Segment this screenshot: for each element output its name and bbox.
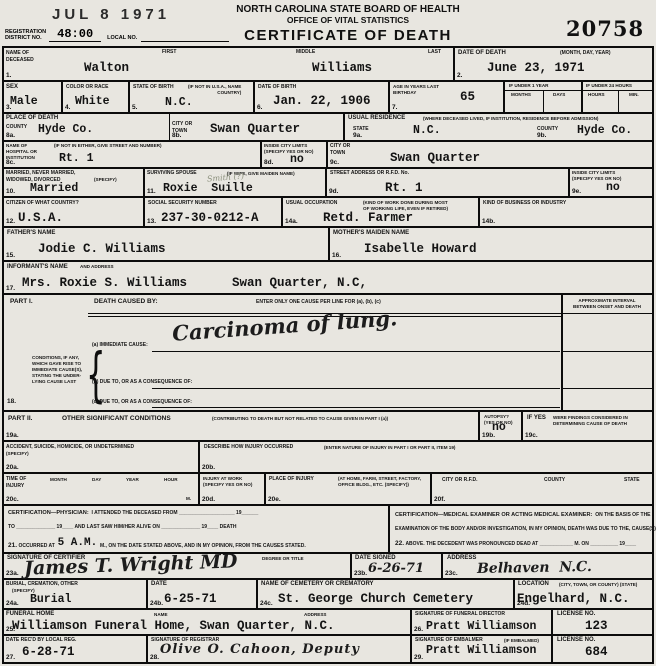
if-yes-label: IF YES bbox=[527, 415, 546, 423]
embalmer-signature-label: SIGNATURE OF EMBALMER bbox=[415, 637, 483, 644]
residence-county-value: Hyde Co. bbox=[577, 124, 632, 137]
item-number-20f: 20f. bbox=[434, 496, 445, 503]
item-number-4: 4. bbox=[65, 104, 70, 111]
age-value: 65 bbox=[460, 90, 475, 104]
place-of-injury-sublabel: (AT HOME, FARM, STREET, FACTORY, OFFICE … bbox=[338, 476, 421, 488]
item-number-29: 29. bbox=[414, 654, 423, 661]
spouse-value: Roxie Suille bbox=[163, 182, 253, 195]
cemetery-label: NAME OF CEMETERY OR CREMATORY bbox=[261, 581, 374, 589]
state-of-birth-value: N.C. bbox=[165, 96, 193, 109]
funeral-director-label: SIGNATURE OF FUNERAL DIRECTOR bbox=[415, 611, 505, 618]
director-license-cell: LICENSE NO. 123 bbox=[553, 610, 652, 634]
burial-value: Burial bbox=[30, 593, 71, 606]
industry-label: KIND OF BUSINESS OR INDUSTRY bbox=[483, 200, 566, 207]
item-number-17: 17. bbox=[6, 285, 15, 292]
row-accident: ACCIDENT, SUICIDE, HOMICIDE, OR UNDETERM… bbox=[4, 442, 652, 474]
residence-city-label: CITY OR TOWN bbox=[330, 143, 350, 156]
item-number-14a: 14a. bbox=[285, 218, 298, 225]
min-label: MIN. bbox=[629, 92, 639, 98]
item-number-12: 12. bbox=[6, 218, 15, 225]
item-number-20c: 20c. bbox=[6, 496, 19, 503]
part2-main-cell: PART II. OTHER SIGNIFICANT CONDITIONS (C… bbox=[4, 412, 480, 440]
informant-cell: INFORMANT'S NAME AND ADDRESS Mrs. Roxie … bbox=[4, 262, 652, 293]
date-of-death-value: June 23, 1971 bbox=[487, 61, 585, 75]
death-city-value: Swan Quarter bbox=[210, 122, 300, 136]
date-signed-cell: DATE SIGNED 6-26-71 23b. bbox=[352, 554, 443, 578]
item-number-9e: 9e. bbox=[572, 188, 581, 195]
row-marital: MARRIED, NEVER MARRIED, WIDOWED, DIVORCE… bbox=[4, 169, 652, 198]
item-number-8a: 8a. bbox=[6, 132, 15, 139]
accident-sublabel: (SPECIFY) bbox=[6, 451, 29, 457]
findings-cell: IF YES WERE FINDINGS CONSIDERED IN DETER… bbox=[523, 412, 652, 440]
deceased-name-cell: NAME OF DECEASED FIRST MIDDLE LAST Walto… bbox=[4, 48, 455, 80]
state-of-birth-cell: STATE OF BIRTH (IF NOT IN U.S.A., NAME C… bbox=[130, 82, 255, 112]
hour-label: HOUR bbox=[164, 477, 178, 483]
interval-line-b bbox=[563, 388, 652, 389]
funeral-home-name-sublabel: NAME bbox=[154, 612, 168, 618]
due-to-c-label: (c) DUE TO, OR AS A CONSEQUENCE OF: bbox=[92, 399, 192, 406]
embalmer-license-label: LICENSE NO. bbox=[557, 637, 595, 645]
occupation-value: Retd. Farmer bbox=[323, 211, 413, 225]
residence-state-value: N.C. bbox=[413, 124, 441, 137]
residence-city-value: Swan Quarter bbox=[390, 151, 480, 165]
physician-line1: I ATTENDED THE DECEASED FROM ___________… bbox=[91, 510, 258, 516]
item-number-28: 28. bbox=[150, 654, 159, 661]
certifier-address-cell: ADDRESS Belhaven N.C. 23c. bbox=[443, 554, 652, 578]
city-limits-value: no bbox=[290, 153, 304, 166]
date-of-death-sublabel: (MONTH, DAY, YEAR) bbox=[560, 50, 611, 57]
under-one-year-group: IF UNDER 1 YEAR MONTHS DAYS bbox=[505, 82, 583, 112]
row-certification: CERTIFICATION—PHYSICIAN: I ATTENDED THE … bbox=[4, 506, 652, 554]
marital-value: Married bbox=[30, 182, 78, 195]
marital-status-cell: MARRIED, NEVER MARRIED, WIDOWED, DIVORCE… bbox=[4, 169, 145, 196]
middle-column-label: MIDDLE bbox=[296, 49, 315, 56]
interval-header-line bbox=[563, 313, 652, 314]
received-date-stamp: JUL 8 1971 bbox=[52, 6, 170, 23]
date-of-birth-cell: DATE OF BIRTH Jan. 22, 1906 6. bbox=[255, 82, 390, 112]
item-number-27: 27. bbox=[6, 654, 15, 661]
certificate-number: 20758 bbox=[566, 16, 644, 41]
race-label: COLOR OR RACE bbox=[66, 84, 109, 91]
office-name: OFFICE OF VITAL STATISTICS bbox=[198, 15, 498, 25]
deceased-last-name-value: Williams bbox=[312, 61, 372, 75]
row-place-of-death: PLACE OF DEATH COUNTY Hyde Co. 8a. CITY … bbox=[4, 114, 652, 142]
cause-c-line bbox=[152, 407, 560, 408]
date-received-cell: DATE REC'D BY LOCAL REG. 6-28-71 27. bbox=[4, 636, 148, 662]
item-number-23b: 23b. bbox=[354, 570, 367, 577]
row-hospital: NAME OF HOSPITAL OR INSTITUTION (IF NOT … bbox=[4, 142, 652, 169]
last-column-label: LAST bbox=[428, 49, 441, 56]
item-number-5: 5. bbox=[132, 104, 137, 111]
date-of-death-cell: DATE OF DEATH (MONTH, DAY, YEAR) June 23… bbox=[455, 48, 652, 80]
row-certifier-signature: SIGNATURE OF CERTIFIER DEGREE OR TITLE J… bbox=[4, 554, 652, 580]
examiner-line2: EXAMINATION OF THE BODY AND/OR INVESTIGA… bbox=[395, 526, 656, 532]
death-county-value: Hyde Co. bbox=[38, 123, 93, 136]
sex-value: Male bbox=[10, 95, 38, 108]
part1-label: PART I. bbox=[10, 298, 33, 306]
cemetery-location-sublabel: (CITY, TOWN, OR COUNTY) (STATE) bbox=[559, 582, 637, 588]
burial-date-label: DATE bbox=[151, 581, 167, 589]
industry-cell: KIND OF BUSINESS OR INDUSTRY 14b. bbox=[480, 198, 652, 226]
funeral-director-value: Pratt Williamson bbox=[426, 620, 536, 633]
hospital-cell: NAME OF HOSPITAL OR INSTITUTION (IF NOT … bbox=[4, 142, 262, 167]
physician-line3-post: M., ON THE DATE STATED ABOVE, AND IN MY … bbox=[100, 543, 306, 549]
item-number-2: 2. bbox=[457, 72, 462, 79]
death-caused-by-label: DEATH CAUSED BY: bbox=[94, 298, 158, 306]
cause-b-line bbox=[152, 388, 560, 389]
street-address-value: Rt. 1 bbox=[385, 181, 423, 195]
race-value: White bbox=[75, 95, 110, 108]
month-label: MONTH bbox=[50, 477, 67, 483]
burial-label: BURIAL, CREMATION, OTHER bbox=[6, 581, 78, 588]
accident-label: ACCIDENT, SUICIDE, HOMICIDE, OR UNDETERM… bbox=[6, 444, 134, 451]
funeral-home-label: FUNERAL HOME bbox=[6, 611, 54, 619]
physician-line3-pre: OCCURRED AT bbox=[18, 543, 54, 549]
item-number-18: 18. bbox=[7, 398, 16, 406]
injury-state-label: STATE bbox=[624, 477, 640, 484]
date-of-birth-label: DATE OF BIRTH bbox=[258, 84, 296, 91]
registrar-signature-cell: SIGNATURE OF REGISTRAR Olive O. Cahoon, … bbox=[148, 636, 412, 662]
hospital-value: Rt. 1 bbox=[59, 152, 94, 165]
row-vitals: SEX Male 3. COLOR OR RACE White 4. STATE… bbox=[4, 82, 652, 114]
item-number-24d: 24d. bbox=[517, 600, 530, 607]
age-label: AGE IN YEARS LAST BIRTHDAY bbox=[393, 84, 439, 96]
describe-injury-sublabel: (ENTER NATURE OF INJURY IN PART I OR PAR… bbox=[324, 445, 455, 451]
page-title: CERTIFICATE OF DEATH bbox=[198, 27, 498, 44]
date-of-death-label: DATE OF DEATH bbox=[458, 50, 506, 58]
immediate-cause-handwritten-value: Carcinoma of lung. bbox=[171, 305, 398, 346]
registrar-signature-value: Olive O. Cahoon, Deputy bbox=[160, 642, 360, 657]
item-number-24c: 24c. bbox=[260, 600, 273, 607]
street-address-cell: STREET ADDRESS OR R.F.D. No. Rt. 1 9d. bbox=[327, 169, 570, 196]
sex-label: SEX bbox=[6, 84, 18, 92]
occupation-label: USUAL OCCUPATION bbox=[286, 200, 337, 207]
director-license-value: 123 bbox=[585, 619, 608, 633]
injury-at-work-cell: INJURY AT WORK (SPECIFY YES OR NO) 20d. bbox=[200, 474, 266, 504]
enter-one-cause-note: ENTER ONLY ONE CAUSE PER LINE FOR (a), (… bbox=[256, 299, 381, 306]
examiner-certification-title: CERTIFICATION—MEDICAL EXAMINER OR ACTING… bbox=[395, 512, 592, 518]
hours-min-divider bbox=[618, 90, 619, 112]
item-number-11: 11. bbox=[147, 188, 156, 195]
item-number-8c: 8c. bbox=[6, 159, 15, 166]
row-funeral-home: FUNERAL HOME NAME ADDRESS Williamson Fun… bbox=[4, 610, 652, 636]
item-number-21: 21. bbox=[8, 542, 17, 549]
form-header: NORTH CAROLINA STATE BOARD OF HEALTH OFF… bbox=[198, 4, 498, 44]
death-city-limits-cell: INSIDE CITY LIMITS (SPECIFY YES OR NO) n… bbox=[262, 142, 328, 167]
meridiem-label: M. bbox=[186, 496, 191, 502]
item-number-23c: 23c. bbox=[445, 570, 458, 577]
usual-residence-sublabel: (WHERE DECEASED LIVED, IF INSTITUTION, R… bbox=[423, 116, 598, 122]
degree-or-title-label: DEGREE OR TITLE bbox=[262, 556, 304, 562]
months-label: MONTHS bbox=[511, 92, 531, 98]
row-parents: FATHER'S NAME Jodie C. Williams 15. MOTH… bbox=[4, 228, 652, 262]
certifier-signature-cell: SIGNATURE OF CERTIFIER DEGREE OR TITLE J… bbox=[4, 554, 352, 578]
item-number-26: 26. bbox=[414, 626, 423, 633]
registration-district-value: 48:00 bbox=[49, 27, 101, 42]
item-number-7: 7. bbox=[392, 104, 397, 111]
item-number-20a: 20a. bbox=[6, 464, 19, 471]
injury-city-label: CITY OR R.F.D. bbox=[442, 477, 477, 484]
director-license-label: LICENSE NO. bbox=[557, 611, 595, 619]
item-number-6: 6. bbox=[257, 104, 262, 111]
citizenship-value: U.S.A. bbox=[18, 211, 63, 225]
examiner-line3: ABOVE. THE DECEDENT WAS PRONOUNCED DEAD … bbox=[405, 541, 636, 547]
place-of-injury-label: PLACE OF INJURY bbox=[269, 476, 314, 483]
burial-date-cell: DATE 6-25-71 24b. bbox=[148, 580, 258, 608]
state-of-birth-sublabel: (IF NOT IN U.S.A., NAME COUNTRY) bbox=[188, 84, 241, 96]
city-limits-sublabel: (SPECIFY YES OR NO) bbox=[264, 149, 313, 155]
father-label: FATHER'S NAME bbox=[7, 230, 55, 238]
physician-certification-title: CERTIFICATION—PHYSICIAN: bbox=[8, 510, 89, 516]
examiner-certification-cell: CERTIFICATION—MEDICAL EXAMINER OR ACTING… bbox=[390, 506, 652, 552]
row-name-of-deceased: NAME OF DECEASED FIRST MIDDLE LAST Walto… bbox=[4, 48, 652, 82]
burial-date-value: 6-25-71 bbox=[164, 592, 217, 606]
embalmer-license-value: 684 bbox=[585, 645, 608, 659]
item-number-24a: 24a. bbox=[6, 600, 19, 607]
item-number-9a: 9a. bbox=[353, 132, 362, 139]
ssn-label: SOCIAL SECURITY NUMBER bbox=[148, 200, 217, 207]
row-injury-details: TIME OF INJURY MONTH DAY YEAR HOUR M. 20… bbox=[4, 474, 652, 506]
item-number-8b: 8b. bbox=[172, 132, 181, 139]
conditions-label: CONDITIONS, IF ANY, WHICH GAVE RISE TO I… bbox=[32, 355, 82, 385]
place-of-death-label: PLACE OF DEATH bbox=[6, 115, 58, 123]
item-number-8d: 8d. bbox=[264, 159, 273, 166]
row-part1: PART I. DEATH CAUSED BY: ENTER ONLY ONE … bbox=[4, 295, 652, 412]
row-burial: BURIAL, CREMATION, OTHER (SPECIFY) Buria… bbox=[4, 580, 652, 610]
residence-limits-value: no bbox=[606, 181, 620, 194]
item-number-9b: 9b. bbox=[537, 132, 546, 139]
informant-sublabel: AND ADDRESS bbox=[80, 264, 114, 270]
ssn-cell: SOCIAL SECURITY NUMBER 237-30-0212-A 13. bbox=[145, 198, 283, 226]
under-24-hours-group: IF UNDER 24 HOURS HOURS MIN. bbox=[583, 82, 652, 112]
cemetery-value: St. George Church Cemetery bbox=[278, 592, 473, 606]
item-number-20b: 20b. bbox=[202, 464, 215, 471]
row-registrar: DATE REC'D BY LOCAL REG. 6-28-71 27. SIG… bbox=[4, 636, 652, 662]
approximate-interval-label: APPROXIMATE INTERVAL BETWEEN ONSET AND D… bbox=[567, 298, 647, 310]
father-value: Jodie C. Williams bbox=[38, 242, 166, 256]
part1-main-cell: PART I. DEATH CAUSED BY: ENTER ONLY ONE … bbox=[4, 295, 563, 410]
physician-line2: TO ______________ 19____ AND LAST SAW HI… bbox=[8, 524, 236, 530]
hours-label: HOURS bbox=[588, 92, 605, 98]
father-cell: FATHER'S NAME Jodie C. Williams 15. bbox=[4, 228, 330, 260]
item-number-1: 1. bbox=[6, 72, 11, 79]
interval-column: APPROXIMATE INTERVAL BETWEEN ONSET AND D… bbox=[563, 295, 652, 410]
item-number-22: 22. bbox=[395, 540, 404, 547]
item-number-15: 15. bbox=[6, 252, 15, 259]
informant-label: INFORMANT'S NAME bbox=[7, 264, 68, 272]
describe-injury-label: DESCRIBE HOW INJURY OCCURRED bbox=[204, 444, 293, 451]
item-number-16: 16. bbox=[332, 252, 341, 259]
time-of-injury-cell: TIME OF INJURY MONTH DAY YEAR HOUR M. 20… bbox=[4, 474, 200, 504]
residence-city-limits-cell: INSIDE CITY LIMITS (SPECIFY YES OR NO) n… bbox=[570, 169, 652, 196]
mother-label: MOTHER'S MAIDEN NAME bbox=[333, 230, 409, 238]
date-of-birth-value: Jan. 22, 1906 bbox=[273, 94, 371, 108]
spouse-label: SURVIVING SPOUSE bbox=[147, 170, 197, 177]
funeral-home-value: Williamson Funeral Home, Swan Quarter, N… bbox=[12, 619, 335, 633]
mother-cell: MOTHER'S MAIDEN NAME Isabelle Howard 16. bbox=[330, 228, 652, 260]
funeral-director-cell: SIGNATURE OF FUNERAL DIRECTOR Pratt Will… bbox=[412, 610, 553, 634]
item-number-19c: 19c. bbox=[525, 432, 538, 439]
physician-certification-cell: CERTIFICATION—PHYSICIAN: I ATTENDED THE … bbox=[4, 506, 390, 552]
county-label: COUNTY bbox=[6, 124, 27, 131]
interval-line-a bbox=[563, 351, 652, 352]
injury-location-cell: CITY OR R.F.D. COUNTY STATE 20f. bbox=[432, 474, 652, 504]
local-no-label: LOCAL NO. bbox=[107, 35, 137, 42]
cemetery-location-value: Engelhard, N.C. bbox=[517, 592, 630, 606]
street-address-label: STREET ADDRESS OR R.F.D. No. bbox=[330, 170, 409, 177]
date-received-label: DATE REC'D BY LOCAL REG. bbox=[6, 637, 76, 644]
days-label: DAYS bbox=[553, 92, 565, 98]
row-citizen: CITIZEN OF WHAT COUNTRY? U.S.A. 12. SOCI… bbox=[4, 198, 652, 228]
sex-cell: SEX Male 3. bbox=[4, 82, 63, 112]
item-number-25: 25. bbox=[6, 626, 15, 633]
embalmer-signature-value: Pratt Williamson bbox=[426, 644, 536, 657]
item-number-19a: 19a. bbox=[6, 432, 19, 439]
embalmer-license-cell: LICENSE NO. 684 bbox=[553, 636, 652, 662]
funeral-home-address-sublabel: ADDRESS bbox=[304, 612, 326, 618]
other-conditions-sublabel: (CONTRIBUTING TO DEATH BUT NOT RELATED T… bbox=[212, 416, 388, 422]
examiner-line1: ON THE BASIS OF THE bbox=[595, 512, 650, 518]
item-number-20d: 20d. bbox=[202, 496, 215, 503]
registration-district-line: REGISTRATION DISTRICT NO. 48:00 LOCAL NO… bbox=[5, 27, 229, 42]
item-number-10: 10. bbox=[6, 188, 15, 195]
informant-value: Mrs. Roxie S. Williams Swan Quarter, N.C… bbox=[22, 276, 367, 290]
certifier-address-label: ADDRESS bbox=[447, 555, 476, 563]
citizenship-cell: CITIZEN OF WHAT COUNTRY? U.S.A. 12. bbox=[4, 198, 145, 226]
describe-injury-cell: DESCRIBE HOW INJURY OCCURRED (ENTER NATU… bbox=[200, 442, 652, 472]
date-received-value: 6-28-71 bbox=[22, 645, 75, 659]
age-cell: AGE IN YEARS LAST BIRTHDAY 65 7. bbox=[390, 82, 505, 112]
deceased-name-label: NAME OF DECEASED bbox=[6, 50, 34, 63]
item-number-20e: 20e. bbox=[268, 496, 281, 503]
usual-residence-cell: USUAL RESIDENCE (WHERE DECEASED LIVED, I… bbox=[345, 114, 652, 140]
ssn-value: 237-30-0212-A bbox=[161, 211, 259, 225]
findings-sublabel: WERE FINDINGS CONSIDERED IN DETERMINING … bbox=[553, 415, 628, 427]
item-number-14b: 14b. bbox=[482, 218, 495, 225]
residence-city-cell: CITY OR TOWN Swan Quarter 9c. bbox=[328, 142, 652, 167]
funeral-home-cell: FUNERAL HOME NAME ADDRESS Williamson Fun… bbox=[4, 610, 412, 634]
spouse-cell: SURVIVING SPOUSE (IF WIFE, GIVE MAIDEN N… bbox=[145, 169, 327, 196]
registration-district-label: REGISTRATION DISTRICT NO. bbox=[5, 29, 46, 42]
cemetery-location-cell: LOCATION (CITY, TOWN, OR COUNTY) (STATE)… bbox=[515, 580, 652, 608]
item-number-24b: 24b. bbox=[150, 600, 163, 607]
mother-value: Isabelle Howard bbox=[364, 242, 477, 256]
form-frame: NAME OF DECEASED FIRST MIDDLE LAST Walto… bbox=[2, 46, 654, 664]
cemetery-location-label: LOCATION bbox=[518, 581, 549, 589]
cause-a-line bbox=[152, 351, 560, 352]
under-one-year-label: IF UNDER 1 YEAR bbox=[509, 83, 548, 89]
usual-residence-label: USUAL RESIDENCE bbox=[348, 115, 405, 123]
burial-cell: BURIAL, CREMATION, OTHER (SPECIFY) Buria… bbox=[4, 580, 148, 608]
item-number-3: 3. bbox=[6, 104, 11, 111]
injury-at-work-sublabel: (SPECIFY YES OR NO) bbox=[203, 482, 252, 488]
occupation-cell: USUAL OCCUPATION (KIND OF WORK DONE DURI… bbox=[283, 198, 480, 226]
hospital-sublabel: (IF NOT IN EITHER, GIVE STREET AND NUMBE… bbox=[54, 143, 162, 149]
item-number-9d: 9d. bbox=[329, 188, 338, 195]
item-number-13: 13. bbox=[147, 218, 156, 225]
embalmer-signature-cell: SIGNATURE OF EMBALMER (IF EMBALMED) Prat… bbox=[412, 636, 553, 662]
item-number-9c: 9c. bbox=[330, 159, 339, 166]
death-certificate-document: JUL 8 1971 NORTH CAROLINA STATE BOARD OF… bbox=[0, 0, 656, 666]
day-label: DAY bbox=[92, 477, 101, 483]
date-signed-value: 6-26-71 bbox=[368, 561, 424, 576]
injury-county-label: COUNTY bbox=[544, 477, 565, 484]
death-city-cell: CITY OR TOWN Swan Quarter 8b. bbox=[170, 114, 345, 140]
under-24-hours-label: IF UNDER 24 HOURS bbox=[586, 83, 632, 89]
marital-sublabel: (SPECIFY) bbox=[94, 177, 117, 183]
local-no-blank-line bbox=[141, 32, 229, 42]
first-column-label: FIRST bbox=[162, 49, 176, 56]
autopsy-cell: AUTOPSY? (YES OR NO) no 19b. bbox=[480, 412, 523, 440]
item-number-23a: 23a. bbox=[6, 570, 19, 577]
row-part2: PART II. OTHER SIGNIFICANT CONDITIONS (C… bbox=[4, 412, 652, 442]
deceased-first-name-value: Walton bbox=[84, 61, 129, 75]
part2-label: PART II. bbox=[8, 415, 32, 423]
board-name: NORTH CAROLINA STATE BOARD OF HEALTH bbox=[198, 4, 498, 15]
place-of-injury-cell: PLACE OF INJURY (AT HOME, FARM, STREET, … bbox=[266, 474, 432, 504]
race-cell: COLOR OR RACE White 4. bbox=[63, 82, 130, 112]
row-informant: INFORMANT'S NAME AND ADDRESS Mrs. Roxie … bbox=[4, 262, 652, 295]
time-of-injury-label: TIME OF INJURY bbox=[6, 476, 26, 489]
citizenship-label: CITIZEN OF WHAT COUNTRY? bbox=[6, 200, 79, 207]
cemetery-cell: NAME OF CEMETERY OR CREMATORY St. George… bbox=[258, 580, 515, 608]
accident-cell: ACCIDENT, SUICIDE, HOMICIDE, OR UNDETERM… bbox=[4, 442, 200, 472]
item-number-19b: 19b. bbox=[482, 432, 495, 439]
certifier-address-value: Belhaven N.C. bbox=[477, 559, 592, 577]
due-to-b-label: (b) DUE TO, OR AS A CONSEQUENCE OF: bbox=[92, 379, 192, 386]
state-of-birth-label: STATE OF BIRTH bbox=[133, 84, 174, 91]
year-label: YEAR bbox=[126, 477, 139, 483]
death-occurred-time-value: 5 A.M. bbox=[58, 537, 98, 549]
months-days-divider bbox=[543, 90, 544, 112]
other-conditions-label: OTHER SIGNIFICANT CONDITIONS bbox=[62, 415, 171, 423]
death-county-cell: PLACE OF DEATH COUNTY Hyde Co. 8a. bbox=[4, 114, 170, 140]
